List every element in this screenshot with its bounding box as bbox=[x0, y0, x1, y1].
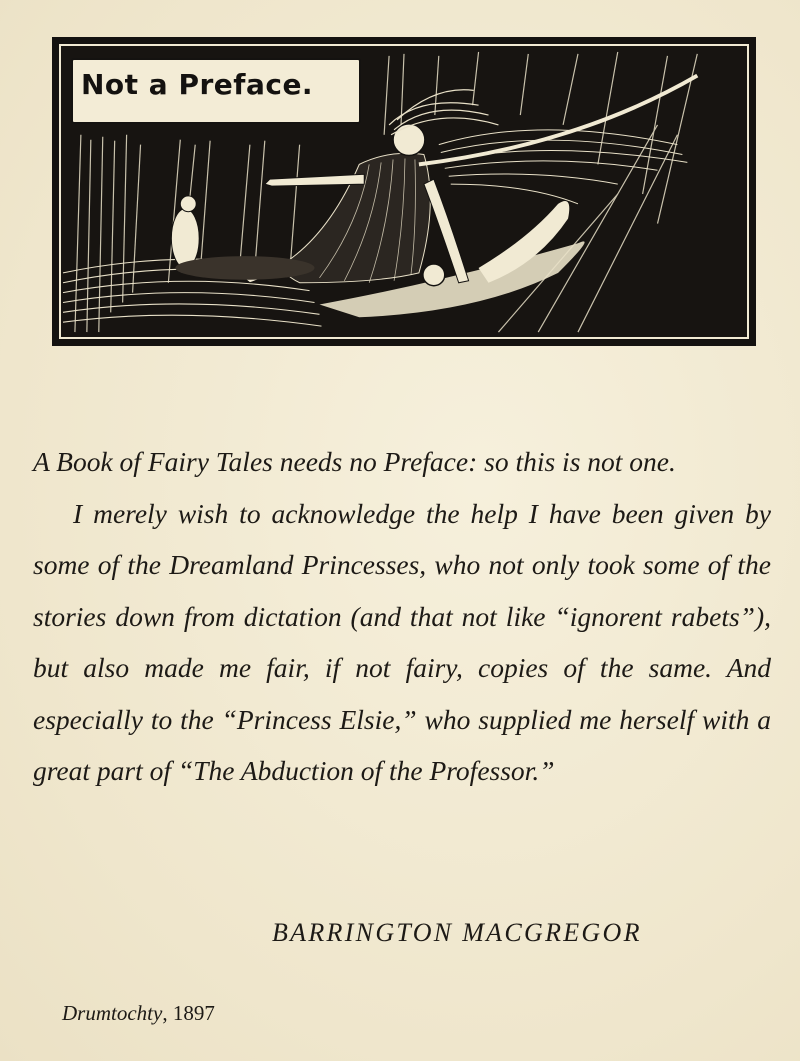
illustration-frame: Not a Preface. bbox=[59, 44, 749, 339]
dateline-year: 1897 bbox=[173, 1001, 215, 1025]
dateline-place: Drumtochty bbox=[62, 1001, 162, 1025]
dateline: Drumtochty, 1897 bbox=[62, 1001, 215, 1026]
banner-title: Not a Preface. bbox=[81, 68, 313, 101]
header-illustration: Not a Preface. bbox=[52, 37, 756, 346]
paragraph-1: A Book of Fairy Tales needs no Preface: … bbox=[33, 436, 771, 488]
title-banner: Not a Preface. bbox=[71, 58, 361, 124]
preface-text: A Book of Fairy Tales needs no Preface: … bbox=[33, 436, 771, 797]
author-signature: BARRINGTON MACGREGOR bbox=[272, 918, 642, 948]
dateline-separator: , bbox=[162, 1001, 173, 1025]
paragraph-2: I merely wish to acknowledge the help I … bbox=[33, 488, 771, 797]
